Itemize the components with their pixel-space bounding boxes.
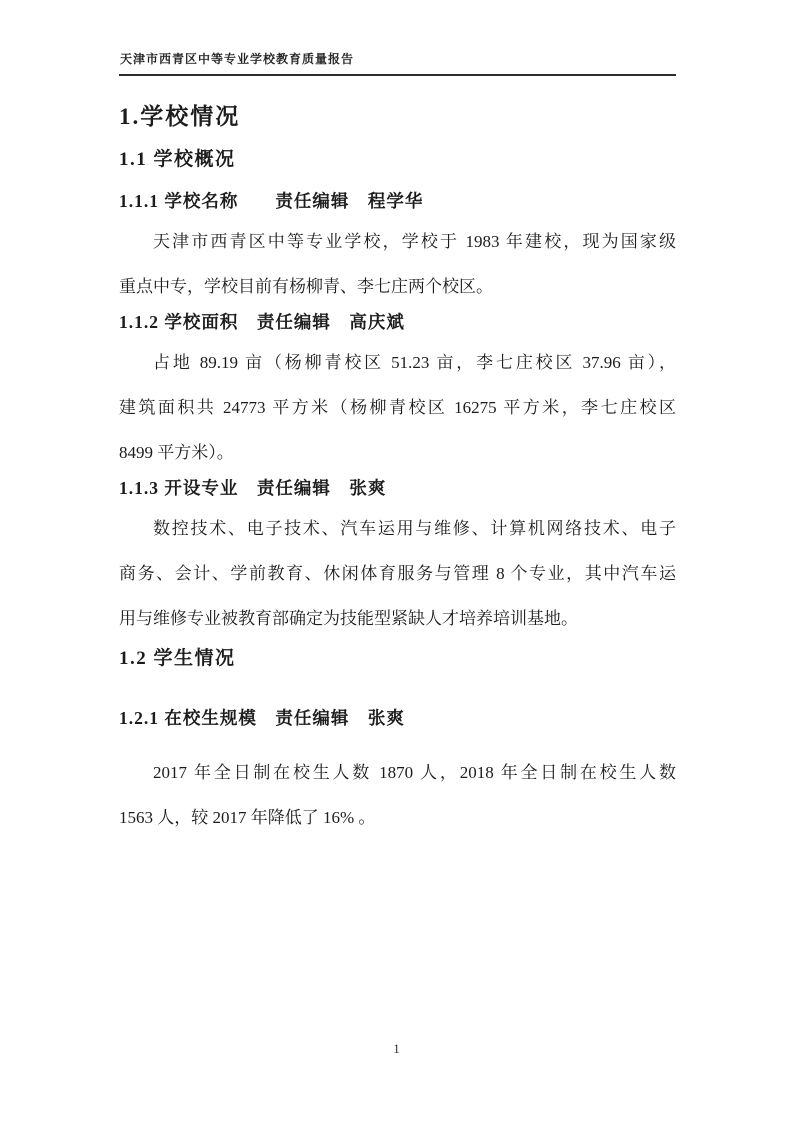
paragraph-line: 占地 89.19 亩（杨柳青校区 51.23 亩，李七庄校区 37.96 亩）， bbox=[119, 340, 676, 385]
document-page: 天津市西青区中等专业学校教育质量报告 1.学校情况 1.1 学校概况 1.1.1… bbox=[0, 0, 793, 1122]
paragraph-line: 数控技术、电子技术、汽车运用与维修、计算机网络技术、电子 bbox=[119, 506, 676, 551]
header-title: 天津市西青区中等专业学校教育质量报告 bbox=[120, 51, 676, 68]
heading-1-2-1-enrollment-scale: 1.2.1 在校生规模 责任编辑 张爽 bbox=[119, 705, 676, 731]
heading-1-1-1-school-name: 1.1.1 学校名称 责任编辑 程学华 bbox=[119, 188, 676, 214]
paragraph-line: 商务、会计、学前教育、休闲体育服务与管理 8 个专业，其中汽车运 bbox=[119, 551, 676, 596]
paragraph-line: 8499 平方米）。 bbox=[119, 430, 676, 475]
paragraph-line: 重点中专，学校目前有杨柳青、李七庄两个校区。 bbox=[119, 264, 676, 309]
heading-1-school-info: 1.学校情况 bbox=[119, 102, 676, 132]
paragraph-enrollment: 2017 年全日制在校生人数 1870 人，2018 年全日制在校生人数 156… bbox=[119, 750, 676, 840]
heading-1-1-3-majors: 1.1.3 开设专业 责任编辑 张爽 bbox=[119, 475, 676, 501]
paragraph-line: 用与维修专业被教育部确定为技能型紧缺人才培养培训基地。 bbox=[119, 596, 676, 641]
paragraph-line: 1563 人，较 2017 年降低了 16% 。 bbox=[119, 795, 676, 840]
page-number: 1 bbox=[393, 1042, 399, 1056]
paragraph-majors: 数控技术、电子技术、汽车运用与维修、计算机网络技术、电子 商务、会计、学前教育、… bbox=[119, 506, 676, 641]
paragraph-school-name: 天津市西青区中等专业学校，学校于 1983 年建校，现为国家级 重点中专，学校目… bbox=[119, 219, 676, 309]
heading-1-2-student-info: 1.2 学生情况 bbox=[119, 646, 676, 672]
page-content-column: 天津市西青区中等专业学校教育质量报告 1.学校情况 1.1 学校概况 1.1.1… bbox=[119, 0, 676, 840]
heading-1-1-school-overview: 1.1 学校概况 bbox=[119, 147, 676, 173]
paragraph-line: 2017 年全日制在校生人数 1870 人，2018 年全日制在校生人数 bbox=[119, 750, 676, 795]
paragraph-line: 天津市西青区中等专业学校，学校于 1983 年建校，现为国家级 bbox=[119, 219, 676, 264]
heading-1-1-2-school-area: 1.1.2 学校面积 责任编辑 高庆斌 bbox=[119, 309, 676, 335]
page-header: 天津市西青区中等专业学校教育质量报告 bbox=[119, 0, 676, 76]
paragraph-line: 建筑面积共 24773 平方米（杨柳青校区 16275 平方米，李七庄校区 bbox=[119, 385, 676, 430]
page-footer: 1 bbox=[0, 1040, 793, 1058]
paragraph-school-area: 占地 89.19 亩（杨柳青校区 51.23 亩，李七庄校区 37.96 亩），… bbox=[119, 340, 676, 475]
